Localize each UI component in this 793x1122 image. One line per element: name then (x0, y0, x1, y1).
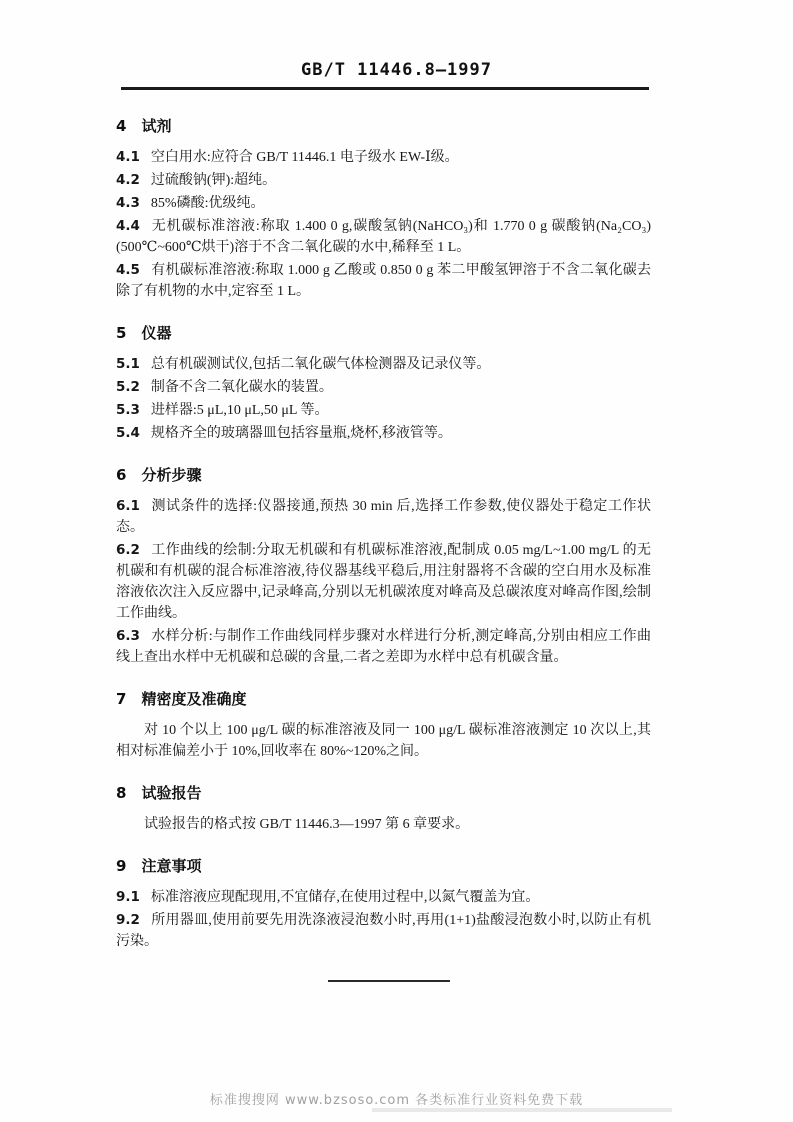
clause-number: 4.5 (116, 262, 140, 278)
document-body: 4试剂 4.1空白用水:应符合 GB/T 11446.1 电子级水 EW-Ⅰ级。… (116, 116, 651, 952)
clause-number: 9.1 (116, 889, 140, 905)
clause-6-3: 6.3水样分析:与制作工作曲线同样步骤对水样进行分析,测定峰高,分别由相应工作曲… (116, 626, 651, 668)
section-analysis-steps: 6分析步骤 6.1测试条件的选择:仪器接通,预热 30 min 后,选择工作参数… (116, 465, 651, 668)
section-number: 9 (116, 857, 126, 875)
clause-4-4: 4.4无机碳标准溶液:称取 1.400 0 g,碳酸氢钠(NaHCO₃)和 1.… (116, 216, 651, 258)
clause-text: 制备不含二氧化碳水的装置。 (151, 380, 333, 395)
clause-number: 5.1 (116, 356, 140, 372)
clause-number: 6.1 (116, 498, 140, 514)
clause-9-1: 9.1标准溶液应现配现用,不宜储存,在使用过程中,以氮气覆盖为宜。 (116, 887, 651, 908)
clause-4-3: 4.385%磷酸:优级纯。 (116, 193, 651, 214)
clause-text: 规格齐全的玻璃器皿包括容量瓶,烧杯,移液管等。 (151, 426, 452, 441)
clause-text: 有机碳标准溶液:称取 1.000 g 乙酸或 0.850 0 g 苯二甲酸氢钾溶… (116, 263, 651, 299)
section-number: 8 (116, 784, 126, 802)
clause-5-2: 5.2制备不含二氧化碳水的装置。 (116, 377, 651, 398)
section-heading: 7精密度及准确度 (116, 689, 651, 709)
clause-text: 所用器皿,使用前要先用洗涤液浸泡数小时,再用(1+1)盐酸浸泡数小时,以防止有机… (116, 913, 651, 949)
clause-text: 过硫酸钠(钾):超纯。 (151, 173, 276, 188)
clause-9-2: 9.2所用器皿,使用前要先用洗涤液浸泡数小时,再用(1+1)盐酸浸泡数小时,以防… (116, 910, 651, 952)
clause-4-5: 4.5有机碳标准溶液:称取 1.000 g 乙酸或 0.850 0 g 苯二甲酸… (116, 260, 651, 302)
section-heading: 6分析步骤 (116, 465, 651, 485)
watermark-text: 标准搜搜网 www.bzsoso.com 各类标准行业资料免费下载 (210, 1093, 583, 1108)
end-of-document-rule (328, 980, 450, 982)
section-title: 注意事项 (141, 857, 201, 875)
section-title: 精密度及准确度 (141, 690, 246, 708)
clause-number: 9.2 (116, 912, 140, 928)
clause-text: 空白用水:应符合 GB/T 11446.1 电子级水 EW-Ⅰ级。 (151, 150, 459, 165)
clause-number: 4.1 (116, 149, 140, 165)
clause-5-3: 5.3进样器:5 μL,10 μL,50 μL 等。 (116, 400, 651, 421)
clause-text: 无机碳标准溶液:称取 1.400 0 g,碳酸氢钠(NaHCO₃)和 1.770… (116, 219, 651, 255)
clause-number: 5.4 (116, 425, 140, 441)
section-heading: 4试剂 (116, 116, 651, 136)
section-heading: 9注意事项 (116, 856, 651, 876)
section-paragraph: 对 10 个以上 100 μg/L 碳的标准溶液及同一 100 μg/L 碳标准… (116, 720, 651, 762)
section-notes: 9注意事项 9.1标准溶液应现配现用,不宜储存,在使用过程中,以氮气覆盖为宜。 … (116, 856, 651, 952)
clause-text: 85%磷酸:优级纯。 (151, 196, 265, 211)
section-title: 试剂 (141, 117, 171, 135)
clause-5-4: 5.4规格齐全的玻璃器皿包括容量瓶,烧杯,移液管等。 (116, 423, 651, 444)
clause-number: 4.3 (116, 195, 140, 211)
page-header: GB/T 11446.8—1997 (0, 0, 793, 80)
document-page: GB/T 11446.8—1997 4试剂 4.1空白用水:应符合 GB/T 1… (0, 0, 793, 1122)
clause-6-2: 6.2工作曲线的绘制:分取无机碳和有机碳标准溶液,配制成 0.05 mg/L~1… (116, 540, 651, 624)
page-footer: 标准搜搜网 www.bzsoso.com 各类标准行业资料免费下载 (0, 1089, 793, 1109)
clause-6-1: 6.1测试条件的选择:仪器接通,预热 30 min 后,选择工作参数,使仪器处于… (116, 496, 651, 538)
section-instruments: 5仪器 5.1总有机碳测试仪,包括二氧化碳气体检测器及记录仪等。 5.2制备不含… (116, 323, 651, 444)
clause-5-1: 5.1总有机碳测试仪,包括二氧化碳气体检测器及记录仪等。 (116, 354, 651, 375)
clause-text: 总有机碳测试仪,包括二氧化碳气体检测器及记录仪等。 (151, 357, 491, 372)
section-heading: 8试验报告 (116, 783, 651, 803)
clause-text: 标准溶液应现配现用,不宜储存,在使用过程中,以氮气覆盖为宜。 (151, 890, 540, 905)
clause-number: 4.2 (116, 172, 140, 188)
clause-text: 工作曲线的绘制:分取无机碳和有机碳标准溶液,配制成 0.05 mg/L~1.00… (116, 543, 651, 621)
section-reagents: 4试剂 4.1空白用水:应符合 GB/T 11446.1 电子级水 EW-Ⅰ级。… (116, 116, 651, 302)
header-rule (121, 87, 649, 90)
section-title: 试验报告 (141, 784, 201, 802)
standard-number: GB/T 11446.8—1997 (301, 60, 492, 80)
section-paragraph: 试验报告的格式按 GB/T 11446.3—1997 第 6 章要求。 (116, 814, 651, 835)
clause-text: 进样器:5 μL,10 μL,50 μL 等。 (151, 403, 329, 418)
section-precision-accuracy: 7精密度及准确度 对 10 个以上 100 μg/L 碳的标准溶液及同一 100… (116, 689, 651, 762)
clause-4-1: 4.1空白用水:应符合 GB/T 11446.1 电子级水 EW-Ⅰ级。 (116, 147, 651, 168)
section-number: 6 (116, 466, 126, 484)
clause-number: 5.3 (116, 402, 140, 418)
section-number: 4 (116, 117, 126, 135)
section-number: 7 (116, 690, 126, 708)
clause-number: 6.2 (116, 542, 140, 558)
section-title: 仪器 (141, 324, 171, 342)
section-test-report: 8试验报告 试验报告的格式按 GB/T 11446.3—1997 第 6 章要求… (116, 783, 651, 835)
clause-number: 6.3 (116, 628, 140, 644)
clause-text: 测试条件的选择:仪器接通,预热 30 min 后,选择工作参数,使仪器处于稳定工… (116, 499, 651, 535)
section-number: 5 (116, 324, 126, 342)
clause-number: 4.4 (116, 218, 140, 234)
section-title: 分析步骤 (141, 466, 201, 484)
clause-4-2: 4.2过硫酸钠(钾):超纯。 (116, 170, 651, 191)
clause-text: 水样分析:与制作工作曲线同样步骤对水样进行分析,测定峰高,分别由相应工作曲线上查… (116, 629, 651, 665)
clause-number: 5.2 (116, 379, 140, 395)
section-heading: 5仪器 (116, 323, 651, 343)
